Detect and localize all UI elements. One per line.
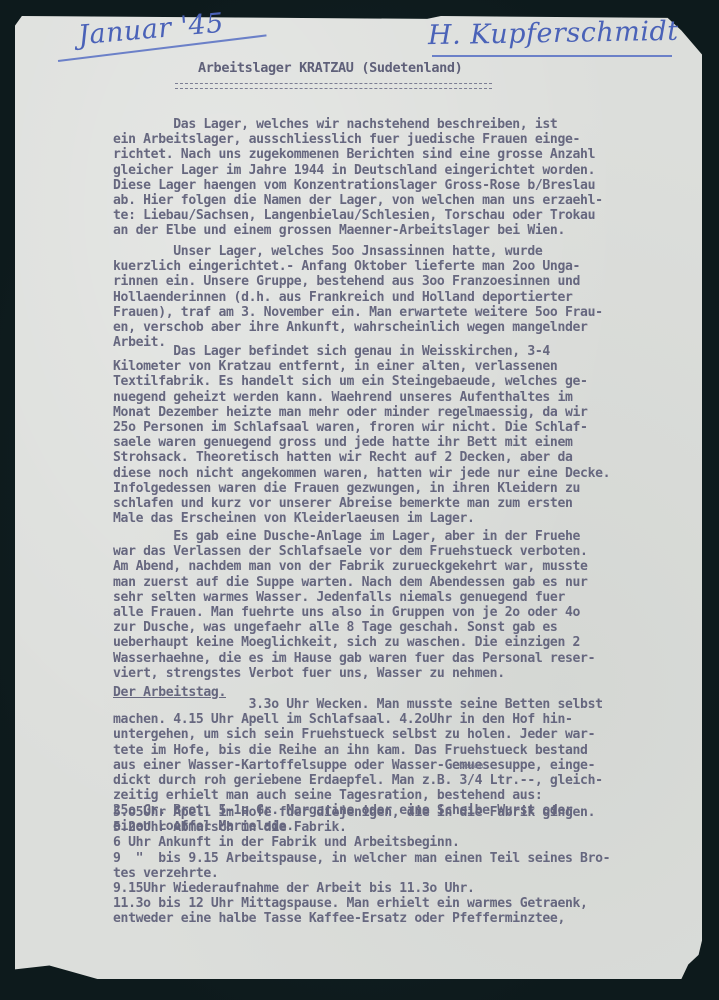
schedule-list: 5.o5Uhr Apell im Hofe fuer diejenigen, d… (113, 805, 610, 927)
paragraph-showers: Es gab eine Dusche-Anlage im Lager, aber… (113, 529, 595, 681)
handwritten-underline (432, 55, 672, 57)
title-double-underline (175, 83, 492, 89)
document-title: Arbeitslager KRATZAU (Sudetenland) (198, 61, 462, 76)
paragraph-inmates: Unser Lager, welches 5oo Jnsassinnen hat… (113, 244, 603, 350)
paragraph-intro: Das Lager, welches wir nachstehend besch… (113, 117, 603, 239)
handwritten-author: H. Kupferschmidt (428, 16, 679, 51)
paragraph-location: Das Lager befindet sich genau in Weisski… (113, 344, 610, 526)
interlinear-note: bekam (459, 761, 483, 770)
